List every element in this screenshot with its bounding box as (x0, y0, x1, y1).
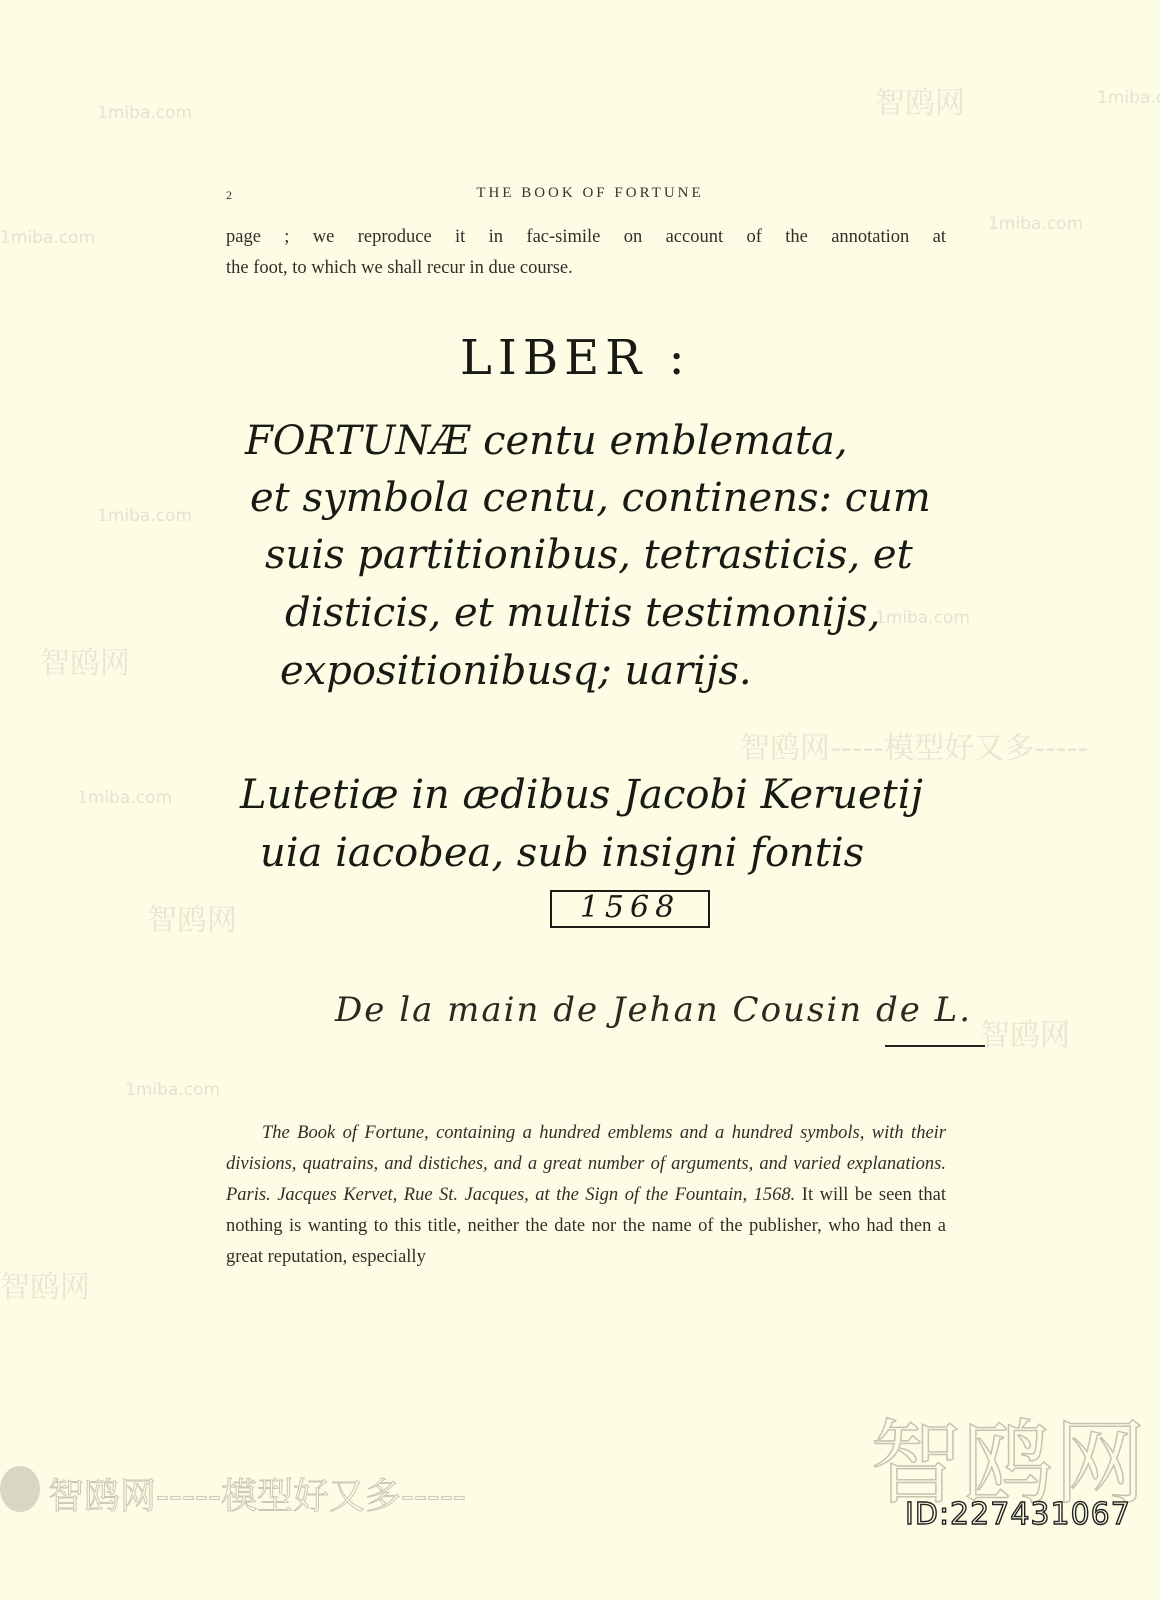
imprint-line: uia iacobea, sub insigni fontis (260, 830, 864, 876)
annotation-signature: De la main de Jehan Cousin de L. (335, 990, 972, 1030)
watermark-text: 1miba.com (97, 506, 192, 526)
facsimile-line: disticis, et multis testimonijs, (285, 590, 880, 636)
imprint-line: Lutetiæ in ædibus Jacobi Keruetij (240, 772, 923, 818)
watermark-text: 1miba.com (125, 1080, 220, 1100)
watermark-text: 智鸥网 (0, 1262, 90, 1306)
watermark-text: 1miba.com (0, 228, 95, 248)
facsimile-line: FORTUNÆ centu emblemata, (245, 418, 848, 464)
facsimile-title: LIBER : (460, 330, 691, 386)
watermark-slogan: 智鸥网-----模型好又多----- (48, 1468, 466, 1519)
handwritten-facsimile: LIBER : FORTUNÆ centu emblemata, et symb… (230, 310, 1030, 1090)
watermark-text: 智鸥网 (875, 78, 965, 122)
running-title: THE BOOK OF FORTUNE (0, 185, 1160, 202)
facsimile-line: suis partitionibus, tetrasticis, et (265, 532, 913, 578)
watermark-logo-icon (0, 1466, 40, 1512)
watermark-text: 1miba.com (77, 788, 172, 808)
watermark-id: ID:227431067 (905, 1497, 1131, 1532)
signature-underline (885, 1045, 985, 1047)
watermark-text: 智鸥网 (40, 638, 130, 682)
watermark-text: 1miba.com (988, 214, 1083, 234)
facsimile-line: et symbola centu, continens: cum (250, 475, 931, 521)
intro-line: page ; we reproduce it in fac-simile on … (226, 222, 946, 253)
watermark-text: 1miba.com (97, 103, 192, 123)
watermark-text: 1miba.com (1097, 88, 1160, 108)
year-cartouche: 1568 (550, 890, 710, 928)
facsimile-line: expositionibusq; uarijs. (280, 648, 752, 694)
intro-paragraph: page ; we reproduce it in fac-simile on … (226, 222, 946, 284)
intro-line: the foot, to which we shall recur in due… (226, 253, 946, 284)
translation-paragraph: The Book of Fortune, containing a hundre… (226, 1118, 946, 1273)
watermark-text: 智鸥网 (147, 895, 237, 939)
